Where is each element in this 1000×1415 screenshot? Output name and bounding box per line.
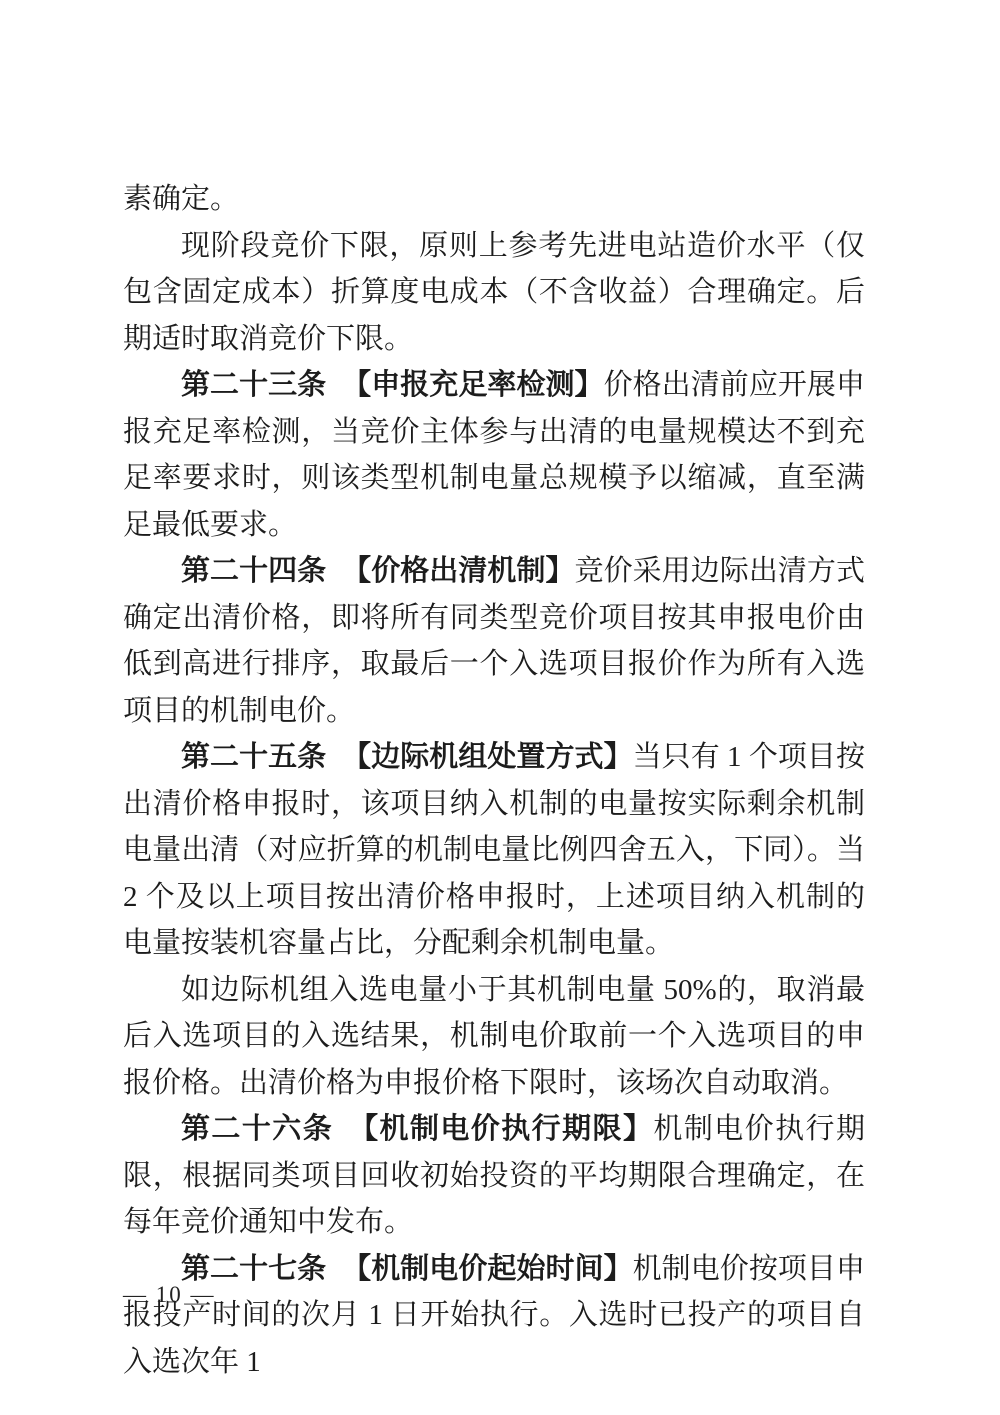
article-number: 第二十三条 bbox=[181, 369, 326, 401]
article-title: 【价格出清机制】 bbox=[342, 555, 574, 587]
paragraph: 如边际机组入选电量小于其机制电量 50%的，取消最后入选项目的入选结果，机制电价… bbox=[123, 967, 865, 1107]
article-title: 【申报充足率检测】 bbox=[342, 369, 603, 401]
article-number: 第二十五条 bbox=[181, 741, 326, 773]
article-title: 【机制电价起始时间】 bbox=[342, 1253, 632, 1285]
article-number: 第二十六条 bbox=[181, 1113, 333, 1145]
article-paragraph: 第二十六条【机制电价执行期限】机制电价执行期限，根据同类项目回收初始投资的平均期… bbox=[123, 1106, 865, 1246]
article-number: 第二十四条 bbox=[181, 555, 326, 587]
paragraph: 素确定。 bbox=[123, 176, 865, 223]
paragraph-text: 素确定。 bbox=[123, 183, 239, 215]
page-number: — 10 — bbox=[123, 1282, 216, 1308]
paragraph: 现阶段竞价下限，原则上参考先进电站造价水平（仅包含固定成本）折算度电成本（不含收… bbox=[123, 223, 865, 363]
article-number: 第二十七条 bbox=[181, 1253, 326, 1285]
article-paragraph: 第二十三条【申报充足率检测】价格出清前应开展申报充足率检测，当竞价主体参与出清的… bbox=[123, 362, 865, 548]
document-body: 素确定。现阶段竞价下限，原则上参考先进电站造价水平（仅包含固定成本）折算度电成本… bbox=[123, 176, 865, 1385]
paragraph-text: 当只有 1 个项目按出清价格申报时，该项目纳入机制的电量按实际剩余机制电量出清（… bbox=[123, 741, 865, 959]
article-title: 【机制电价执行期限】 bbox=[349, 1113, 653, 1145]
article-paragraph: 第二十四条【价格出清机制】竞价采用边际出清方式确定出清价格，即将所有同类型竞价项… bbox=[123, 548, 865, 734]
paragraph-text: 如边际机组入选电量小于其机制电量 50%的，取消最后入选项目的入选结果，机制电价… bbox=[123, 974, 865, 1099]
article-paragraph: 第二十五条【边际机组处置方式】当只有 1 个项目按出清价格申报时，该项目纳入机制… bbox=[123, 734, 865, 967]
article-paragraph: 第二十七条【机制电价起始时间】机制电价按项目申报投产时间的次月 1 日开始执行。… bbox=[123, 1246, 865, 1386]
article-title: 【边际机组处置方式】 bbox=[342, 741, 632, 773]
document-page: 素确定。现阶段竞价下限，原则上参考先进电站造价水平（仅包含固定成本）折算度电成本… bbox=[0, 0, 1000, 1415]
paragraph-text: 现阶段竞价下限，原则上参考先进电站造价水平（仅包含固定成本）折算度电成本（不含收… bbox=[123, 230, 865, 355]
